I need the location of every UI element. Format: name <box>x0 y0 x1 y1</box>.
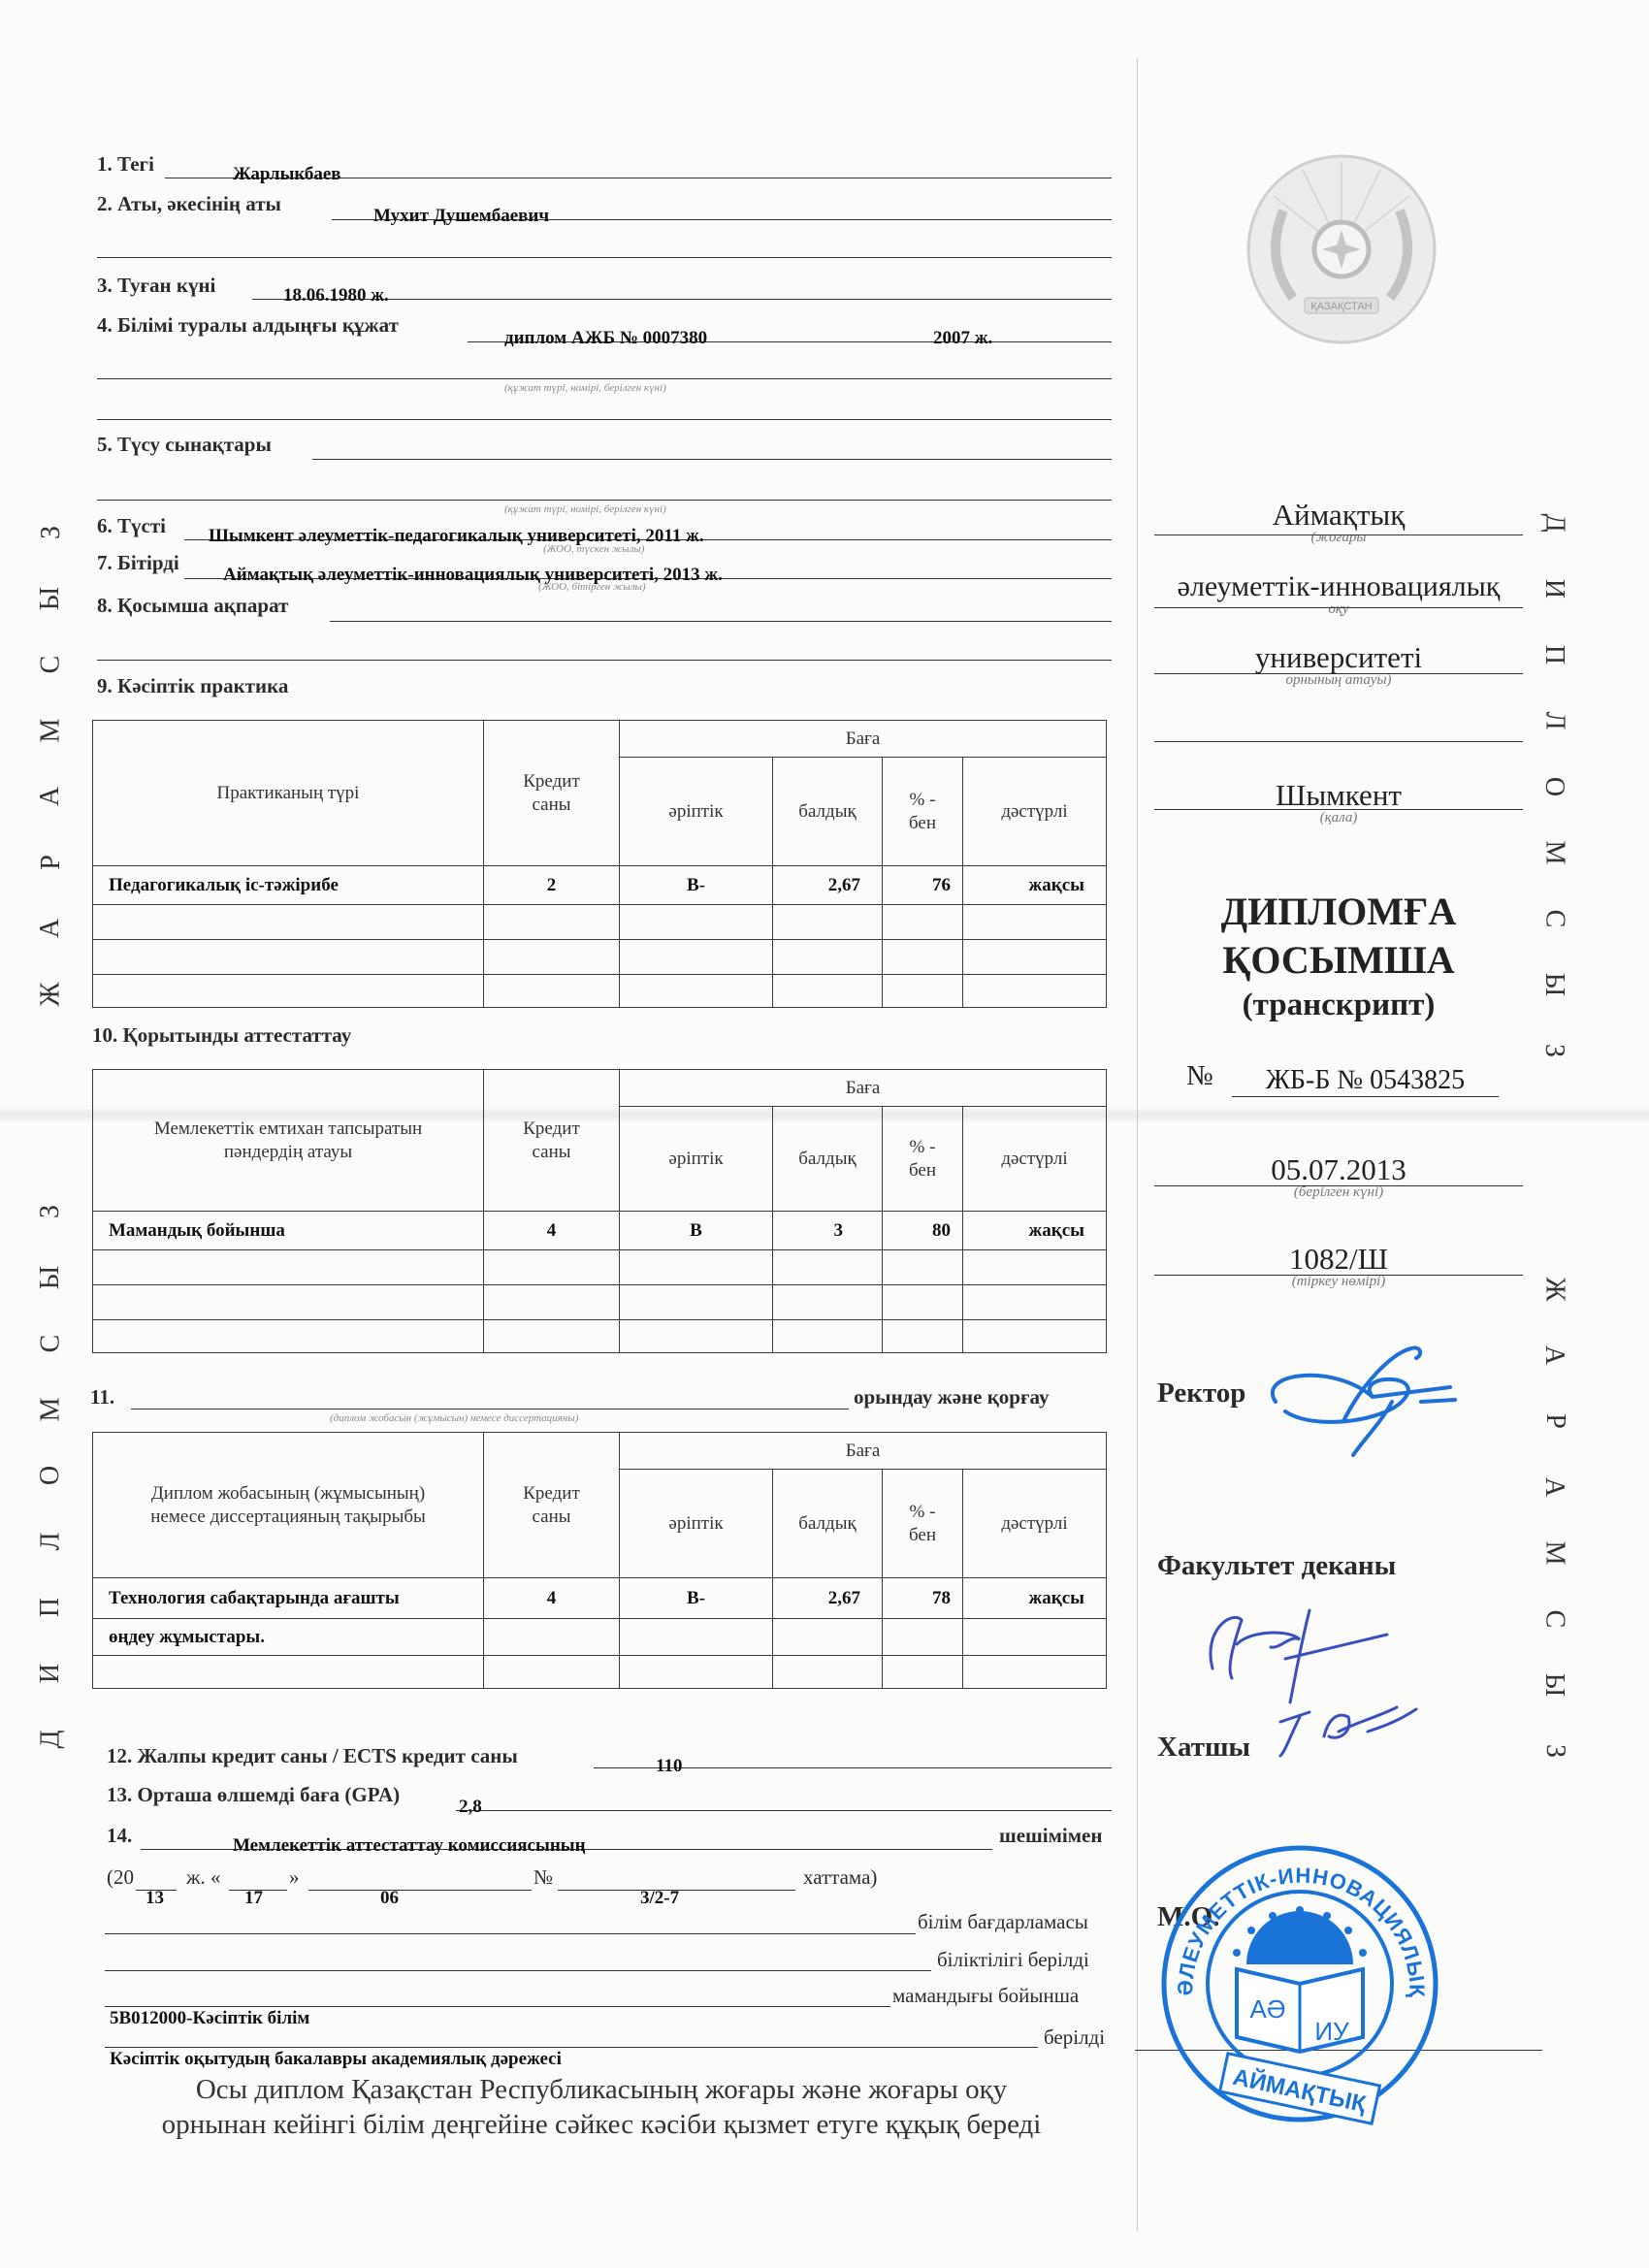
program-suffix: білім бағдарламасы <box>918 1910 1088 1934</box>
thesis-hint: (диплом жобасын (жұмысын) немесе диссерт… <box>330 1412 578 1424</box>
practice-header-name: Практиканың түрі <box>93 721 484 866</box>
side-letter: Ж <box>18 982 84 1006</box>
thesis-prefix: 11. <box>90 1385 114 1409</box>
practice-title: 9. Кәсіптік практика <box>97 674 288 698</box>
dean-label: Факультет деканы <box>1157 1550 1396 1582</box>
practice-credits: 2 <box>484 866 620 905</box>
side-text-right-top: ДИПЛОМСЫЗ <box>1542 490 1567 1084</box>
side-letter: З <box>1522 1744 1588 1758</box>
university-name-line-1: Аймақтық (жоғары <box>1154 500 1523 546</box>
total-credits-label: 12. Жалпы кредит саны / ECTS кредит саны <box>107 1744 518 1768</box>
secretary-label: Хатшы <box>1157 1732 1250 1764</box>
gpa-value: 2,8 <box>459 1797 482 1818</box>
side-letter: П <box>1521 645 1587 664</box>
protocol-open: (20 <box>107 1865 134 1890</box>
document-title: ДИПЛОМҒА ҚОСЫМША (транскрипт) <box>1145 888 1533 1025</box>
additional-info-label: 8. Қосымша ақпарат <box>97 594 288 618</box>
footer-line-2: орнынан кейінгі білім деңгейіне сәйкес к… <box>97 2107 1106 2142</box>
table-row: Технология сабақтарында ағашты 4 B- 2,67… <box>93 1578 1107 1619</box>
side-letter: А <box>1522 1345 1588 1365</box>
attestation-traditional: жақсы <box>963 1212 1107 1250</box>
side-letter: М <box>1521 841 1587 865</box>
thesis-points: 2,67 <box>773 1578 883 1619</box>
table-row: Педагогикалық іс-тәжірибе 2 B- 2,67 76 ж… <box>93 866 1107 905</box>
gpa-label: 13. Орташа өлшемді баға (GPA) <box>107 1783 400 1807</box>
thesis-header-letter: әріптік <box>620 1470 773 1578</box>
side-letter: О <box>17 1466 83 1485</box>
attestation-header-percent: % - бен <box>883 1107 963 1212</box>
practice-table: Практиканың түрі Кредит саны Баға әріпті… <box>92 720 1107 1008</box>
side-letter: М <box>17 1398 83 1422</box>
practice-letter: B- <box>620 866 773 905</box>
side-letter: Л <box>1521 712 1587 730</box>
thesis-name-continued: өңдеу жұмыстары. <box>93 1619 484 1656</box>
prev-document-year: 2007 ж. <box>933 328 992 349</box>
practice-header-credits: Кредит саны <box>484 721 620 866</box>
side-text-left-top: ЗЫСМАРАЖ <box>39 500 63 1027</box>
protocol-year: 13 <box>145 1888 164 1909</box>
practice-percent: 76 <box>883 866 963 905</box>
specialty-suffix: мамандығы бойынша <box>892 1984 1079 2008</box>
side-letter: И <box>1521 579 1587 599</box>
protocol-month: 06 <box>380 1888 399 1909</box>
practice-header-grade: Баға <box>620 721 1107 758</box>
surname-label: 1. Тегі <box>97 152 154 177</box>
thesis-header-grade: Баға <box>620 1433 1107 1470</box>
side-letter: З <box>1521 1044 1587 1057</box>
university-name-line-2: әлеуметтік-инновациялық оқу <box>1154 572 1523 618</box>
attestation-header-credits: Кредит саны <box>484 1070 620 1212</box>
attestation-name: Мамандық бойынша <box>93 1212 484 1250</box>
practice-header-letter: әріптік <box>620 758 773 866</box>
protocol-close-quote: » <box>289 1865 300 1890</box>
thesis-header-percent: % - бен <box>883 1470 963 1578</box>
qualification-suffix: біліктілігі берілді <box>937 1948 1089 1972</box>
secretary-signature-icon <box>1271 1698 1445 1766</box>
graduated-value: Аймақтық әлеуметтік-инновациялық универс… <box>223 565 723 586</box>
graduated-label: 7. Бітірді <box>97 551 179 575</box>
city: Шымкент (қала) <box>1154 780 1523 826</box>
thesis-table: Диплом жобасының (жұмысының) немесе дисс… <box>92 1432 1107 1689</box>
table-row: Мамандық бойынша 4 B 3 80 жақсы <box>93 1212 1107 1250</box>
attestation-header-name: Мемлекеттік емтихан тапсыратын пәндердің… <box>93 1070 484 1212</box>
attestation-header-traditional: дәстүрлі <box>963 1107 1107 1212</box>
protocol-number-label: № <box>533 1865 553 1890</box>
surname-value: Жарлыкбаев <box>233 164 341 185</box>
side-letter: С <box>17 1335 83 1353</box>
side-letter: И <box>17 1664 83 1683</box>
total-credits-value: 110 <box>656 1756 682 1777</box>
side-text-right-bottom: ЖАРАМСЫЗ <box>1542 1256 1567 1784</box>
practice-header-percent: % - бен <box>883 758 963 866</box>
side-letter: Ы <box>1522 1673 1588 1697</box>
entered-hint: (ЖОО, түскен жылы) <box>543 543 644 555</box>
footer-statement: Осы диплом Қазақстан Республикасының жоғ… <box>97 2072 1106 2142</box>
thesis-header-points: балдық <box>773 1470 883 1578</box>
prev-document-hint: (құжат түрі, номірі, берілген күні) <box>504 382 666 394</box>
side-letter: А <box>18 787 84 806</box>
number-sign: № <box>1186 1060 1213 1092</box>
university-stamp-icon: ӘЛЕУМЕТТІК-ИННОВАЦИЯЛЫҚ УНИВЕРСИТЕТІ АӘ … <box>1154 1838 1445 2129</box>
side-letter: Д <box>17 1730 83 1748</box>
svg-text:АӘ: АӘ <box>1250 1994 1286 2024</box>
thesis-percent: 78 <box>883 1578 963 1619</box>
side-letter: З <box>17 1205 83 1218</box>
kazakhstan-emblem-icon: ҚАЗАҚСТАН <box>1245 152 1439 346</box>
protocol-y: ж. « <box>186 1865 221 1890</box>
dean-signature-icon <box>1193 1591 1406 1707</box>
side-letter: А <box>1522 1477 1588 1497</box>
side-letter: Ы <box>18 587 84 610</box>
attestation-header-points: балдық <box>773 1107 883 1212</box>
side-letter: Р <box>1522 1413 1588 1429</box>
registration-number: 1082/Ш (тіркеу нөмірі) <box>1154 1244 1523 1290</box>
entrance-exams-label: 5. Түсу сынақтары <box>97 433 272 457</box>
thesis-traditional: жақсы <box>963 1578 1107 1619</box>
thesis-name: Технология сабақтарында ағашты <box>93 1578 484 1619</box>
thesis-letter: B- <box>620 1578 773 1619</box>
practice-header-traditional: дәстүрлі <box>963 758 1107 866</box>
decision-prefix: 14. <box>107 1824 132 1848</box>
prev-document-value: диплом АЖБ № 0007380 <box>504 328 707 349</box>
attestation-points: 3 <box>773 1212 883 1250</box>
page-divider <box>1137 58 1138 2231</box>
practice-header-points: балдық <box>773 758 883 866</box>
birth-date-value: 18.06.1980 ж. <box>283 285 389 307</box>
decision-suffix: шешімімен <box>999 1824 1102 1848</box>
birth-date-label: 3. Туған күні <box>97 274 215 298</box>
university-name-line-3: университеті орнының атауы) <box>1154 642 1523 689</box>
svg-text:ҚАЗАҚСТАН: ҚАЗАҚСТАН <box>1310 301 1372 312</box>
protocol-day: 17 <box>244 1888 263 1909</box>
graduated-hint: (ЖОО, бітірген жылы) <box>538 581 646 593</box>
attestation-percent: 80 <box>883 1212 963 1250</box>
attestation-header-letter: әріптік <box>620 1107 773 1212</box>
attestation-letter: B <box>620 1212 773 1250</box>
side-text-left-bottom: ЗЫСМОЛПИД <box>39 1179 63 1772</box>
rector-signature-icon <box>1256 1344 1479 1460</box>
protocol-end: хаттама) <box>803 1865 877 1890</box>
thesis-suffix: орындау және қорғау <box>854 1385 1049 1409</box>
awarded-suffix: берілді <box>1044 2025 1105 2050</box>
attestation-table: Мемлекеттік емтихан тапсыратын пәндердің… <box>92 1069 1107 1353</box>
protocol-number: 3/2-7 <box>640 1888 679 1909</box>
attestation-header-grade: Баға <box>620 1070 1107 1107</box>
svg-text:ИУ: ИУ <box>1314 2017 1349 2046</box>
side-letter: Л <box>17 1533 83 1551</box>
name-label: 2. Аты, әкесінің аты <box>97 192 281 216</box>
side-letter: А <box>18 919 84 938</box>
side-letter: З <box>18 526 84 539</box>
name-value: Мухит Душембаевич <box>373 206 549 227</box>
practice-traditional: жақсы <box>963 866 1107 905</box>
side-letter: Р <box>18 855 84 870</box>
attestation-title: 10. Қорытынды аттестаттау <box>92 1023 351 1048</box>
specialty-value: 5B012000-Кәсіптік білім <box>110 2008 309 2029</box>
thesis-header-name: Диплом жобасының (жұмысының) немесе дисс… <box>93 1433 484 1578</box>
transcript-number: ЖБ-Б № 0543825 <box>1232 1065 1499 1097</box>
side-letter: Д <box>1521 513 1587 532</box>
practice-points: 2,67 <box>773 866 883 905</box>
side-letter: С <box>1522 1610 1588 1629</box>
side-letter: П <box>17 1598 83 1617</box>
thesis-header-traditional: дәстүрлі <box>963 1470 1107 1578</box>
side-letter: О <box>1521 777 1587 796</box>
decision-value: Мемлекеттік аттестаттау комиссиясының <box>233 1835 586 1857</box>
side-letter: С <box>18 656 84 674</box>
thesis-credits: 4 <box>484 1578 620 1619</box>
thesis-header-credits: Кредит саны <box>484 1433 620 1578</box>
issue-date: 05.07.2013 (берілген күні) <box>1154 1154 1523 1201</box>
prev-document-label: 4. Білімі туралы алдыңғы құжат <box>97 313 399 338</box>
footer-line-1: Осы диплом Қазақстан Республикасының жоғ… <box>97 2072 1106 2107</box>
entrance-exams-hint: (құжат түрі, номірі, берілген күні) <box>504 503 666 515</box>
entered-label: 6. Түсті <box>97 514 166 538</box>
rector-label: Ректор <box>1157 1377 1245 1409</box>
side-letter: М <box>18 719 84 743</box>
side-letter: Ы <box>17 1266 83 1289</box>
side-letter: Ж <box>1522 1277 1588 1301</box>
degree-value: Кәсіптік оқытудың бакалавры академиялық … <box>110 2049 562 2070</box>
side-letter: М <box>1522 1541 1588 1566</box>
practice-name: Педагогикалық іс-тәжірибе <box>93 866 484 905</box>
attestation-credits: 4 <box>484 1212 620 1250</box>
